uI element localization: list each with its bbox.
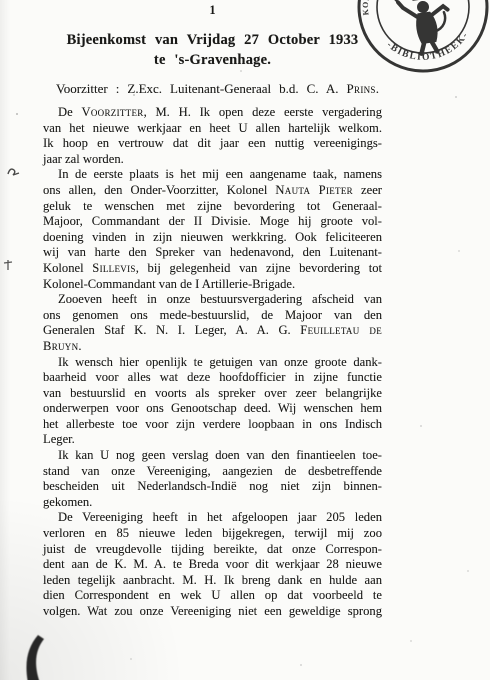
body-line: leden tegelijk aanbracht. M. H. Ik breng… xyxy=(43,573,382,589)
paragraph: De Voorzitter, M. H. Ik open deze eerste… xyxy=(43,105,382,167)
scanned-document-page: KONINKLIJKE MILITAIRE ACADEMIE -BIBLIOTH… xyxy=(0,0,490,680)
meeting-title-line-2: te 's-Gravenhage. xyxy=(43,50,382,70)
scan-speck xyxy=(300,664,302,666)
body-line: Kolonel-Commandant van de I Artillerie-B… xyxy=(43,277,382,293)
body-line: volgen. Wat zou onze Vereeniging niet ee… xyxy=(43,604,382,620)
body-line: In de eerste plaats is het mij een aange… xyxy=(43,167,382,183)
body-line: Generalen Staf K. N. I. Leger, A. A. G. … xyxy=(43,323,382,339)
body-line: Ik hoop en vertrouw dat dit jaar een nut… xyxy=(43,136,382,152)
body-line: jaar zal worden. xyxy=(43,152,382,168)
binding-smudge xyxy=(10,625,60,680)
body-line: Leger. xyxy=(43,432,382,448)
body-line: gekomen. xyxy=(43,495,382,511)
body-line: bescheiden uit Nederlandsch-Indië nog ni… xyxy=(43,479,382,495)
scan-speck xyxy=(130,658,132,660)
body-line: De Vereeniging heeft in het afgeloopen j… xyxy=(43,510,382,526)
scan-speck xyxy=(240,70,242,72)
paragraph: Ik wensch hier openlijk te getuigen van … xyxy=(43,355,382,449)
meeting-title: Bijeenkomst van Vrijdag 27 October 1933 … xyxy=(43,30,382,70)
paragraph: Zooeven heeft in onze bestuursvergaderin… xyxy=(43,292,382,354)
meeting-title-line-1: Bijeenkomst van Vrijdag 27 October 1933 xyxy=(43,30,382,50)
body-line: doening vinden in zijn nieuwen werkkring… xyxy=(43,230,382,246)
scan-speck xyxy=(455,96,457,98)
body-line: onderwerpen voor ons Genootschap deed. W… xyxy=(43,401,382,417)
scan-speck xyxy=(60,92,62,94)
scan-speck xyxy=(133,94,135,96)
scan-speck xyxy=(420,425,422,427)
body-line: baarheid voor alles wat deze hoofdoffici… xyxy=(43,370,382,386)
body-line: De Voorzitter, M. H. Ik open deze eerste… xyxy=(43,105,382,121)
margin-mark xyxy=(5,165,21,179)
body-line: dien Correspondent en wek U allen op dat… xyxy=(43,588,382,604)
scan-speck xyxy=(458,250,460,252)
body-line: verloren en 85 nieuwe leden bijgekregen,… xyxy=(43,526,382,542)
margin-mark xyxy=(3,259,15,273)
page-number: 1 xyxy=(43,3,382,18)
body-line: Kolonel Sillevis, bij gelegenheid van zi… xyxy=(43,261,382,277)
body-line: geluk te wenschen met zijne bevordering … xyxy=(43,199,382,215)
scan-speck xyxy=(467,570,469,572)
body-line: Zooeven heeft in onze bestuursvergaderin… xyxy=(43,292,382,308)
document-body: De Voorzitter, M. H. Ik open deze eerste… xyxy=(43,105,382,620)
body-line: Majoor, Commandant der II Divisie. Moge … xyxy=(43,214,382,230)
body-line: het allerbeste toe voor zijn verdere loo… xyxy=(43,417,382,433)
chairman-line: Voorzitter : Z.Exc. Luitenant-Generaal b… xyxy=(56,81,379,97)
body-line: Ik wensch hier openlijk te getuigen van … xyxy=(43,355,382,371)
scan-speck xyxy=(410,640,412,642)
body-line: van het nieuwe werkjaar en heet U allen … xyxy=(43,121,382,137)
paragraph: In de eerste plaats is het mij een aange… xyxy=(43,167,382,292)
body-line: Bruyn. xyxy=(43,339,382,355)
body-line: dent aan de K. M. A. te Breda voor dit w… xyxy=(43,557,382,573)
paragraph: Ik kan U nog geen verslag doen van den f… xyxy=(43,448,382,510)
scan-speck xyxy=(16,113,18,115)
body-line: juist de vreugdevolle tijding bereikte, … xyxy=(43,542,382,558)
body-line: stand van onze Vereeniging, aangezien de… xyxy=(43,464,382,480)
body-line: ons genomen ons mede-bestuurslid, de Maj… xyxy=(43,308,382,324)
body-line: wij van harte den Spreker van hedenavond… xyxy=(43,245,382,261)
body-line: ons allen, den Onder-Voorzitter, Kolonel… xyxy=(43,183,382,199)
paragraph: De Vereeniging heeft in het afgeloopen j… xyxy=(43,510,382,619)
body-line: Ik kan U nog geen verslag doen van den f… xyxy=(43,448,382,464)
body-line: van bestuurslid en voorts als spreker ov… xyxy=(43,386,382,402)
